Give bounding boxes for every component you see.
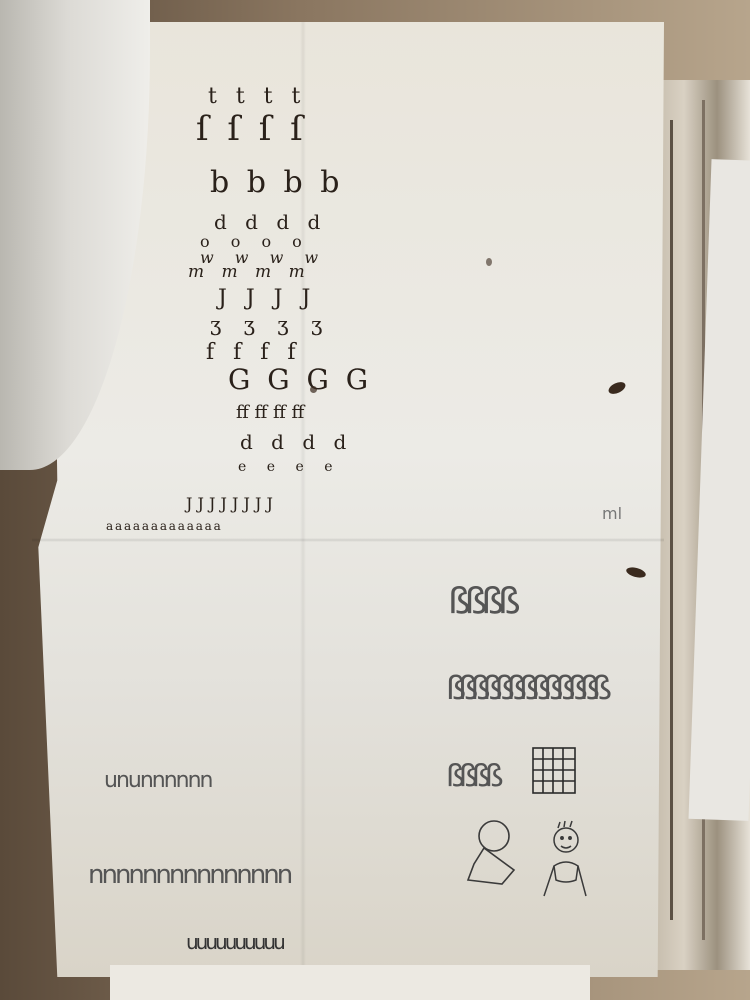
loop-row-small: ßßßß — [446, 762, 498, 792]
loop-row-short: ßßßß — [448, 584, 515, 620]
row-d: d d d d — [214, 212, 326, 232]
row-f: f f f f — [206, 342, 302, 364]
row-G: G G G G — [228, 366, 372, 394]
horizontal-fold — [32, 538, 664, 542]
row-ff: ff ff ff ff — [236, 404, 304, 422]
row-d2: d d d d — [240, 432, 352, 452]
faint-word: ml — [602, 506, 622, 522]
loop-row-long: ßßßßßßßßßßßßß — [446, 672, 604, 704]
stick-figure-doodle — [536, 820, 596, 920]
row-m: m m m m — [188, 264, 311, 281]
row-a: a a a a a a a a a a a a a — [106, 520, 220, 532]
zigzag-row-2: nnnnnnnnnnnnnnn — [88, 862, 290, 888]
grid-doodle — [530, 745, 580, 797]
bottom-sheet-edge — [110, 965, 590, 1000]
ink-stain — [310, 386, 317, 393]
row-e: e e e e — [238, 458, 341, 478]
zigzag-row-1: ununnnnnn — [104, 770, 212, 792]
ink-stain — [486, 258, 492, 266]
figure-eight-doodle — [462, 818, 532, 890]
row-long-s: ſ ſ ſ ſ — [196, 112, 307, 146]
row-J: J J J J — [218, 288, 316, 310]
row-z: ʒ ʒ ʒ ʒ — [210, 314, 330, 334]
row-b: b b b b — [210, 168, 343, 198]
zigzag-row-3: uuuuuuuuuu — [186, 932, 283, 952]
manuscript-photo: t t t t ſ ſ ſ ſ b b b b d d d d o o o o … — [0, 0, 750, 1000]
row-t: t t t t — [208, 86, 306, 108]
row-J2: J J J J J J J J — [186, 496, 273, 512]
